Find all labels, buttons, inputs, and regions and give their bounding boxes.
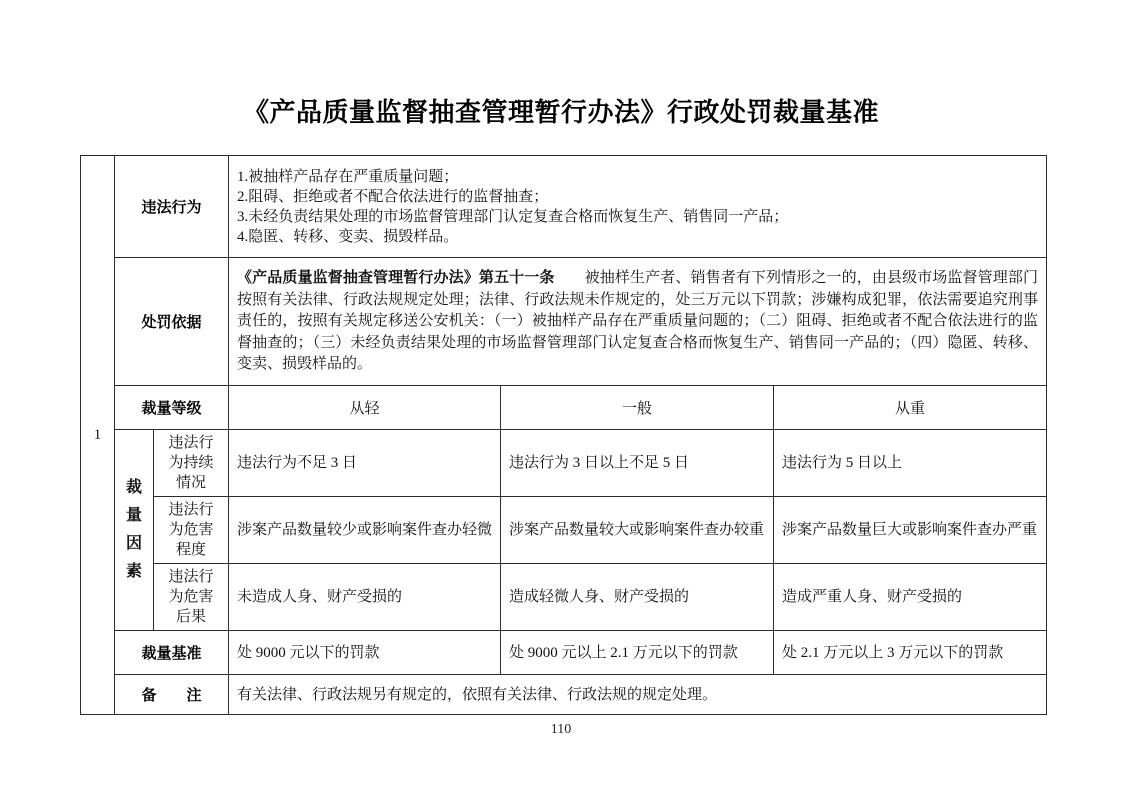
factor-duration-light: 违法行为不足 3 日: [229, 430, 501, 497]
page-number: 110: [0, 722, 1122, 738]
row-discretion-benchmark: 裁量基准 处 9000 元以下的罚款 处 9000 元以上 2.1 万元以下的罚…: [81, 631, 1047, 675]
discretion-benchmark-label: 裁量基准: [115, 631, 229, 675]
row-illegal-behavior: 1 违法行为 1.被抽样产品存在严重质量问题； 2.阻碍、拒绝或者不配合依法进行…: [81, 156, 1047, 258]
penalty-basis-content: 《产品质量监督抽查管理暂行办法》第五十一条 被抽样生产者、销售者有下列情形之一的…: [229, 258, 1047, 386]
penalty-standard-table: 1 违法行为 1.被抽样产品存在严重质量问题； 2.阻碍、拒绝或者不配合依法进行…: [80, 155, 1047, 715]
row-factor-severity: 违法行为危害程度 涉案产品数量较少或影响案件查办轻微 涉案产品数量较大或影响案件…: [81, 497, 1047, 564]
illegal-behavior-line: 1.被抽样产品存在严重质量问题；: [237, 167, 1038, 187]
remarks-content: 有关法律、行政法规另有规定的，依照有关法律、行政法规的规定处理。: [229, 675, 1047, 715]
row-factor-duration: 裁量因素 违法行为持续情况 违法行为不足 3 日 违法行为 3 日以上不足 5 …: [81, 430, 1047, 497]
factor-consequence-heavy: 造成严重人身、财产受损的: [774, 564, 1047, 631]
factor-consequence-normal: 造成轻微人身、财产受损的: [501, 564, 774, 631]
row-remarks: 备 注 有关法律、行政法规另有规定的，依照有关法律、行政法规的规定处理。: [81, 675, 1047, 715]
factor-duration-heavy: 违法行为 5 日以上: [774, 430, 1047, 497]
illegal-behavior-label: 违法行为: [115, 156, 229, 258]
penalty-basis-article: 《产品质量监督抽查管理暂行办法》第五十一条: [237, 269, 554, 286]
penalty-basis-label: 处罚依据: [115, 258, 229, 386]
illegal-behavior-content: 1.被抽样产品存在严重质量问题； 2.阻碍、拒绝或者不配合依法进行的监督抽查； …: [229, 156, 1047, 258]
discretion-level-label: 裁量等级: [115, 386, 229, 430]
discretion-factors-label-cell: 裁量因素: [115, 430, 154, 631]
item-number-cell: 1: [81, 156, 115, 715]
remarks-label: 备 注: [115, 675, 229, 715]
factor-severity-heavy: 涉案产品数量巨大或影响案件查办严重: [774, 497, 1047, 564]
benchmark-normal: 处 9000 元以上 2.1 万元以下的罚款: [501, 631, 774, 675]
row-factor-consequence: 违法行为危害后果 未造成人身、财产受损的 造成轻微人身、财产受损的 造成严重人身…: [81, 564, 1047, 631]
row-penalty-basis: 处罚依据 《产品质量监督抽查管理暂行办法》第五十一条 被抽样生产者、销售者有下列…: [81, 258, 1047, 386]
benchmark-heavy: 处 2.1 万元以上 3 万元以下的罚款: [774, 631, 1047, 675]
illegal-behavior-line: 4.隐匿、转移、变卖、损毁样品。: [237, 227, 1038, 247]
illegal-behavior-line: 2.阻碍、拒绝或者不配合依法进行的监督抽查；: [237, 187, 1038, 207]
discretion-factors-label: 裁量因素: [125, 474, 143, 586]
level-heavy: 从重: [774, 386, 1047, 430]
level-normal: 一般: [501, 386, 774, 430]
level-light: 从轻: [229, 386, 501, 430]
factor-duration-normal: 违法行为 3 日以上不足 5 日: [501, 430, 774, 497]
factor-name: 违法行为危害程度: [154, 497, 229, 564]
factor-consequence-light: 未造成人身、财产受损的: [229, 564, 501, 631]
row-discretion-level: 裁量等级 从轻 一般 从重: [81, 386, 1047, 430]
benchmark-light: 处 9000 元以下的罚款: [229, 631, 501, 675]
factor-severity-light: 涉案产品数量较少或影响案件查办轻微: [229, 497, 501, 564]
document-page: { "page": { "title": "《产品质量监督抽查管理暂行办法》行政…: [0, 0, 1122, 793]
factor-name: 违法行为持续情况: [154, 430, 229, 497]
factor-name: 违法行为危害后果: [154, 564, 229, 631]
illegal-behavior-line: 3.未经负责结果处理的市场监督管理部门认定复查合格而恢复生产、销售同一产品；: [237, 207, 1038, 227]
factor-severity-normal: 涉案产品数量较大或影响案件查办较重: [501, 497, 774, 564]
document-title: 《产品质量监督抽查管理暂行办法》行政处罚裁量基准: [0, 92, 1122, 129]
